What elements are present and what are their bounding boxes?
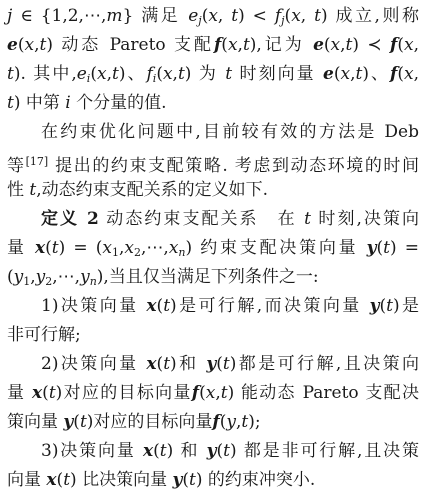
text-segment-i: t: [7, 93, 14, 113]
text-segment-i: e: [188, 6, 198, 26]
text-segment-r: (: [397, 64, 404, 84]
text-segment-i: x: [341, 64, 351, 84]
text-line: j ∈ {1,2,⋯,m} 满足 ej(x, t) < fj(x, t) 成立,…: [7, 2, 419, 31]
text-segment-bi: e: [323, 64, 334, 84]
text-segment-r: ) 动态 Pareto 支配: [46, 35, 214, 55]
text-segment-r: (: [199, 383, 206, 403]
text-segment-bi: e: [7, 35, 18, 55]
text-segment-sup: [17]: [26, 155, 49, 168]
text-segment-bi: y: [370, 296, 380, 316]
text-segment-i: y: [80, 267, 90, 287]
text-segment-i: y: [226, 412, 236, 432]
text-line: 3)决策向量 x(t) 和 y(t) 都是非可行解,且决策: [7, 437, 419, 466]
text-segment-isub: n: [178, 246, 185, 259]
text-segment-i: t: [49, 383, 56, 403]
text-segment-r: ) 中第: [14, 93, 65, 113]
text-segment-i: x: [228, 35, 238, 55]
paper-text-column: j ∈ {1,2,⋯,m} 满足 ej(x, t) < fj(x, t) 成立,…: [0, 0, 426, 494]
text-segment-i: t: [112, 64, 119, 84]
text-segment-bi: x: [32, 383, 42, 403]
text-segment-r: ),记为: [250, 35, 313, 55]
text-line: 非可行解;: [7, 321, 419, 350]
text-segment-i: x: [291, 6, 301, 26]
text-segment-i: y: [14, 267, 24, 287]
text-segment-bi: x: [146, 296, 156, 316]
text-line: 2)决策向量 x(t)和 y(t)都是可行解,且决策向: [7, 350, 419, 379]
text-segment-r: ) 和: [167, 441, 207, 461]
text-segment-i: x: [208, 6, 218, 26]
text-segment-i: m: [106, 6, 122, 26]
text-segment-i: t: [383, 238, 390, 258]
text-segment-r: ∈ {1,2,⋯,: [12, 6, 106, 26]
text-segment-r: ,: [218, 6, 231, 26]
text-segment-bi: y: [367, 238, 377, 258]
text-line: 量 x(t)对应的目标向量f(x,t) 能动态 Pareto 支配决: [7, 379, 419, 408]
text-segment-bi: x: [146, 354, 156, 374]
text-line: 定义 2 动态约束支配关系 在 t 时刻,决策向: [7, 205, 419, 234]
text-segment-i: x: [102, 238, 112, 258]
document-text: j ∈ {1,2,⋯,m} 满足 ej(x, t) < fj(x, t) 成立,…: [7, 2, 419, 494]
text-segment-bi: x: [143, 441, 153, 461]
text-segment-i: t: [80, 412, 87, 432]
text-segment-r: 性: [7, 180, 29, 200]
text-segment-r: (: [42, 383, 49, 403]
text-segment-r: ) 的约束冲突小.: [196, 470, 315, 490]
text-line: 策向量 y(t)对应的目标向量f(y,t);: [7, 408, 419, 437]
text-segment-r: );: [248, 412, 260, 432]
text-segment-r: (: [73, 412, 80, 432]
text-segment-r: ,动态约束支配关系的定义如下.: [36, 180, 268, 200]
text-segment-r: ) = (: [59, 238, 103, 258]
text-segment-bi: f: [212, 412, 219, 432]
text-segment-i: y: [36, 267, 46, 287]
text-segment-r: (: [397, 35, 404, 55]
text-segment-i: t: [221, 383, 228, 403]
text-segment-r: 向量: [7, 470, 46, 490]
text-segment-r: (: [45, 238, 52, 258]
text-segment-r: 1)决策向量: [41, 296, 146, 316]
text-segment-sub: 1: [112, 246, 119, 259]
text-segment-i: t: [189, 470, 196, 490]
text-segment-r: ) 成立,则称: [321, 6, 419, 26]
text-segment-r: ,⋯,: [52, 267, 80, 287]
text-segment-i: t: [52, 238, 59, 258]
text-segment-i: t: [163, 296, 170, 316]
text-segment-r: ) 为: [185, 64, 226, 84]
text-segment-r: 量: [7, 238, 35, 258]
text-segment-r: ) 比决策向量: [70, 470, 172, 490]
text-segment-r: 提出的约束支配策略. 考虑到动态环境的时间: [48, 156, 419, 176]
text-line: 性 t,动态约束支配关系的定义如下.: [7, 176, 419, 205]
text-line: 量 x(t) = (x1,x2,⋯,xn) 约束支配决策向量 y(t) =: [7, 234, 419, 263]
text-segment-r: 时刻向量: [232, 64, 323, 84]
text-segment-i: t: [63, 470, 70, 490]
text-segment-r: 非可行解;: [7, 325, 81, 345]
text-segment-sub: 2: [134, 246, 141, 259]
text-segment-r: ) 约束支配决策向量: [186, 238, 367, 258]
text-segment-r: (: [7, 267, 14, 287]
text-line: 等[17] 提出的约束支配策略. 考虑到动态环境的时间: [7, 147, 419, 176]
text-segment-r: (: [334, 64, 341, 84]
text-segment-r: ) 能动态 Pareto 支配决: [228, 383, 419, 403]
text-segment-r: )、: [362, 64, 390, 84]
text-segment-i: t: [223, 441, 230, 461]
text-segment-bi: y: [207, 441, 217, 461]
text-segment-i: t: [223, 354, 230, 374]
text-segment-r: ) ≺: [352, 35, 390, 55]
text-segment-i: t: [7, 64, 14, 84]
text-segment-r: )是: [393, 296, 419, 316]
text-segment-r: ,: [414, 64, 419, 84]
text-segment-r: } 满足: [123, 6, 189, 26]
text-line: (y1,y2,⋯,yn),当且仅当满足下列条件之一:: [7, 263, 419, 292]
text-segment-bi: x: [46, 470, 56, 490]
text-segment-r: ) 都是非可行解,且决策: [230, 441, 419, 461]
text-segment-bi: y: [63, 412, 73, 432]
text-segment-i: t: [386, 296, 393, 316]
text-segment-r: 个分量的值.: [71, 93, 167, 113]
text-line: e(x,t) 动态 Pareto 支配f(x,t),记为 e(x,t) ≺ f(…: [7, 31, 419, 60]
text-segment-r: 策向量: [7, 412, 63, 432]
text-line: 在约束优化问题中,目前较有效的方法是 Deb: [7, 118, 419, 147]
text-segment-r: 3)决策向量: [41, 441, 143, 461]
text-segment-r: 等: [7, 156, 26, 176]
text-segment-r: (: [156, 64, 163, 84]
text-segment-i: x: [163, 64, 173, 84]
text-segment-r: )都是可行解,且决策向: [230, 354, 419, 374]
text-segment-i: x: [331, 35, 341, 55]
text-segment-r: )对应的目标向量: [87, 412, 213, 432]
text-segment-i: t: [314, 6, 321, 26]
text-segment-i: x: [404, 64, 414, 84]
text-segment-bi: e: [313, 35, 324, 55]
text-segment-r: (: [90, 64, 97, 84]
text-segment-i: x: [404, 35, 414, 55]
text-segment-r: ) <: [238, 6, 275, 26]
text-segment-b: 定义 2: [41, 209, 99, 229]
text-segment-i: x: [97, 64, 107, 84]
text-segment-i: e: [77, 64, 87, 84]
text-segment-r: 在约束优化问题中,目前较有效的方法是 Deb: [41, 122, 419, 142]
text-segment-r: ,⋯,: [141, 238, 169, 258]
text-line: 1)决策向量 x(t)是可行解,而决策向量 y(t)是: [7, 292, 419, 321]
text-segment-bi: y: [206, 354, 216, 374]
text-segment-r: (: [221, 35, 228, 55]
text-segment-i: x: [124, 238, 134, 258]
text-segment-r: ) =: [390, 238, 419, 258]
text-segment-r: 量: [7, 383, 32, 403]
text-segment-r: )对应的目标向量: [56, 383, 192, 403]
text-segment-r: ),当且仅当满足下列条件之一:: [97, 267, 319, 287]
text-segment-r: )是可行解,而决策向量: [170, 296, 370, 316]
text-segment-r: )、: [119, 64, 147, 84]
text-segment-i: x: [169, 238, 179, 258]
text-segment-r: 时刻,决策向: [311, 209, 419, 229]
text-segment-bi: y: [172, 470, 182, 490]
text-segment-i: t: [243, 35, 250, 55]
text-segment-i: x: [206, 383, 216, 403]
text-line: t) 中第 i 个分量的值.: [7, 89, 419, 118]
text-segment-r: 2)决策向量: [41, 354, 146, 374]
text-segment-r: (: [153, 441, 160, 461]
text-segment-r: 动态约束支配关系 在: [99, 209, 304, 229]
text-line: 向量 x(t) 比决策向量 y(t) 的约束冲突小.: [7, 466, 419, 494]
text-segment-i: t: [178, 64, 185, 84]
text-segment-r: )和: [170, 354, 206, 374]
text-line: t). 其中,ei(x,t)、fi(x,t) 为 t 时刻向量 e(x,t)、f…: [7, 60, 419, 89]
text-segment-i: x: [24, 35, 34, 55]
text-segment-r: (: [216, 354, 223, 374]
text-segment-i: t: [160, 441, 167, 461]
text-segment-r: ,: [414, 35, 419, 55]
text-segment-r: ,: [301, 6, 314, 26]
text-segment-bi: x: [35, 238, 45, 258]
text-segment-bi: f: [192, 383, 199, 403]
text-segment-i: t: [163, 354, 170, 374]
text-segment-i: t: [304, 209, 311, 229]
text-segment-isub: n: [90, 275, 97, 288]
text-segment-r: ). 其中,: [14, 64, 77, 84]
text-segment-r: (: [324, 35, 331, 55]
